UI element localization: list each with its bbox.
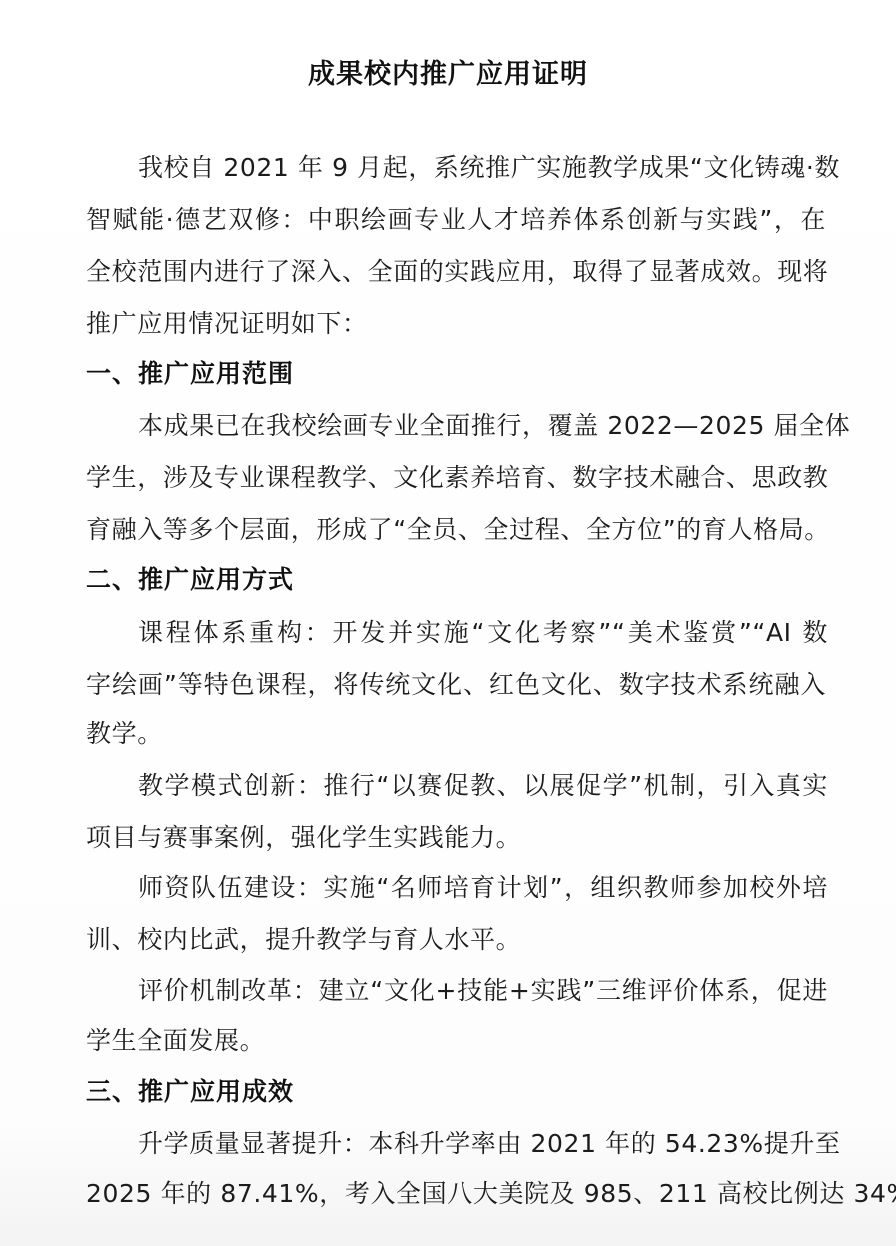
intro-line: 推广应用情况证明如下： [86, 308, 826, 340]
paragraph-line: 教学模式创新：推行“以赛促教、以展促学”机制，引入真实 [138, 770, 828, 802]
intro-line: 我校自 2021 年 9 月起，系统推广实施教学成果“文化铸魂·数 [138, 152, 828, 184]
intro-line: 全校范围内进行了深入、全面的实践应用，取得了显著成效。现将 [86, 256, 826, 288]
paragraph-line: 教学。 [86, 718, 826, 750]
paragraph-line: 字绘画”等特色课程，将传统文化、红色文化、数字技术系统融入 [86, 669, 826, 701]
paragraph-line: 育融入等多个层面，形成了“全员、全过程、全方位”的育人格局。 [86, 514, 826, 546]
section-heading-methods: 二、推广应用方式 [86, 564, 294, 596]
paragraph-line: 课程体系重构：开发并实施“文化考察”“美术鉴赏”“AI 数 [138, 617, 828, 649]
section-heading-results: 三、推广应用成效 [86, 1076, 294, 1108]
paragraph-line: 学生全面发展。 [86, 1025, 826, 1057]
paragraph-line: 项目与赛事案例，强化学生实践能力。 [86, 822, 826, 854]
paragraph-line: 本成果已在我校绘画专业全面推行，覆盖 2022—2025 届全体 [138, 410, 828, 442]
paragraph-line: 训、校内比武，提升教学与育人水平。 [86, 924, 826, 956]
paragraph-line: 评价机制改革：建立“文化+技能+实践”三维评价体系，促进 [138, 975, 828, 1007]
paragraph-line: 2025 年的 87.41%，考入全国八大美院及 985、211 高校比例达 3… [86, 1178, 826, 1210]
intro-line: 智赋能·德艺双修：中职绘画专业人才培养体系创新与实践”，在 [86, 204, 826, 236]
document-page: 成果校内推广应用证明 我校自 2021 年 9 月起，系统推广实施教学成果“文化… [0, 0, 896, 1246]
paragraph-line: 师资队伍建设：实施“名师培育计划”，组织教师参加校外培 [138, 872, 828, 904]
paragraph-line: 升学质量显著提升：本科升学率由 2021 年的 54.23%提升至 [138, 1128, 828, 1160]
paragraph-line: 学生，涉及专业课程教学、文化素养培育、数字技术融合、思政教 [86, 462, 826, 494]
section-heading-scope: 一、推广应用范围 [86, 358, 294, 390]
document-title: 成果校内推广应用证明 [0, 52, 896, 91]
